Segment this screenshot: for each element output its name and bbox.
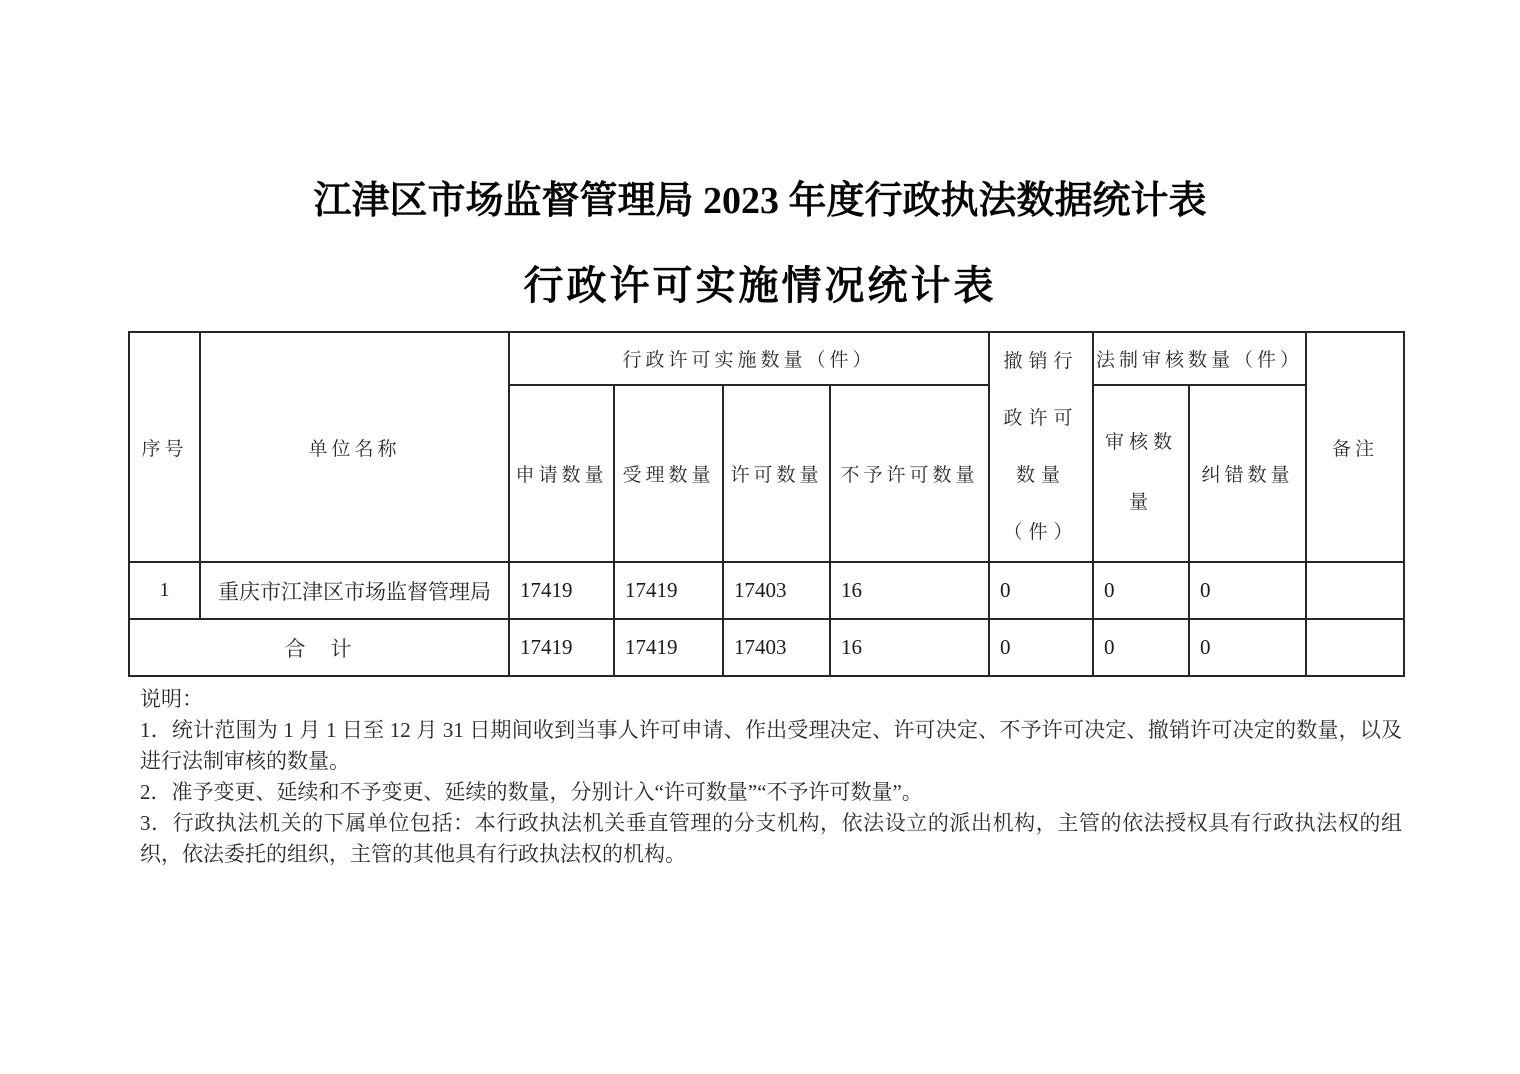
document-subtitle: 行政许可实施情况统计表 [0,262,1520,310]
column-header-revoked-permits: 撤销行 政许可 数量 （件） [989,332,1093,562]
table-row: 1 重庆市江津区市场监督管理局 17419 17419 17403 16 0 0… [129,562,1404,619]
column-header-remark: 备注 [1306,332,1404,562]
revoked-cell: 0 [989,562,1093,619]
document-title: 江津区市场监督管理局 2023 年度行政执法数据统计表 [0,178,1520,224]
serial-cell: 1 [129,562,200,619]
note-item-1: 1．统计范围为 1 月 1 日至 12 月 31 日期间收到当事人许可申请、作出… [140,715,1402,777]
total-label-cell: 合 计 [129,619,509,676]
applications-cell: 17419 [509,562,614,619]
total-row: 合 计 17419 17419 17403 16 0 0 0 [129,619,1404,676]
column-header-unit-name: 单位名称 [200,332,509,562]
accepted-cell: 17419 [614,562,723,619]
column-header-permitted: 许可数量 [723,385,830,562]
notes-heading: 说明： [140,684,1402,715]
column-header-accepted: 受理数量 [614,385,723,562]
notes-section: 说明： 1．统计范围为 1 月 1 日至 12 月 31 日期间收到当事人许可申… [140,684,1402,870]
note-item-3: 3．行政执法机关的下属单位包括：本行政执法机关垂直管理的分支机构，依法设立的派出… [140,808,1402,870]
column-header-reviewed: 审核数 量 [1093,385,1189,562]
total-accepted-cell: 17419 [614,619,723,676]
corrections-cell: 0 [1189,562,1306,619]
total-permitted-cell: 17403 [723,619,830,676]
remark-cell [1306,562,1404,619]
total-revoked-cell: 0 [989,619,1093,676]
statistics-table: 序号 单位名称 行政许可实施数量（件） 撤销行 政许可 数量 （件） 法制审核数… [128,331,1405,677]
total-remark-cell [1306,619,1404,676]
total-applications-cell: 17419 [509,619,614,676]
column-header-denied: 不予许可数量 [830,385,989,562]
unit-name-cell: 重庆市江津区市场监督管理局 [200,562,509,619]
total-reviewed-cell: 0 [1093,619,1189,676]
total-corrections-cell: 0 [1189,619,1306,676]
column-group-legal-review: 法制审核数量（件） [1093,332,1306,385]
denied-cell: 16 [830,562,989,619]
total-denied-cell: 16 [830,619,989,676]
header-row-1: 序号 单位名称 行政许可实施数量（件） 撤销行 政许可 数量 （件） 法制审核数… [129,332,1404,385]
column-header-serial: 序号 [129,332,200,562]
column-header-applications: 申请数量 [509,385,614,562]
note-item-2: 2．准予变更、延续和不予变更、延续的数量，分别计入“许可数量”“不予许可数量”。 [140,777,1402,808]
column-header-corrections: 纠错数量 [1189,385,1306,562]
reviewed-cell: 0 [1093,562,1189,619]
column-group-permit-implementation: 行政许可实施数量（件） [509,332,989,385]
permitted-cell: 17403 [723,562,830,619]
